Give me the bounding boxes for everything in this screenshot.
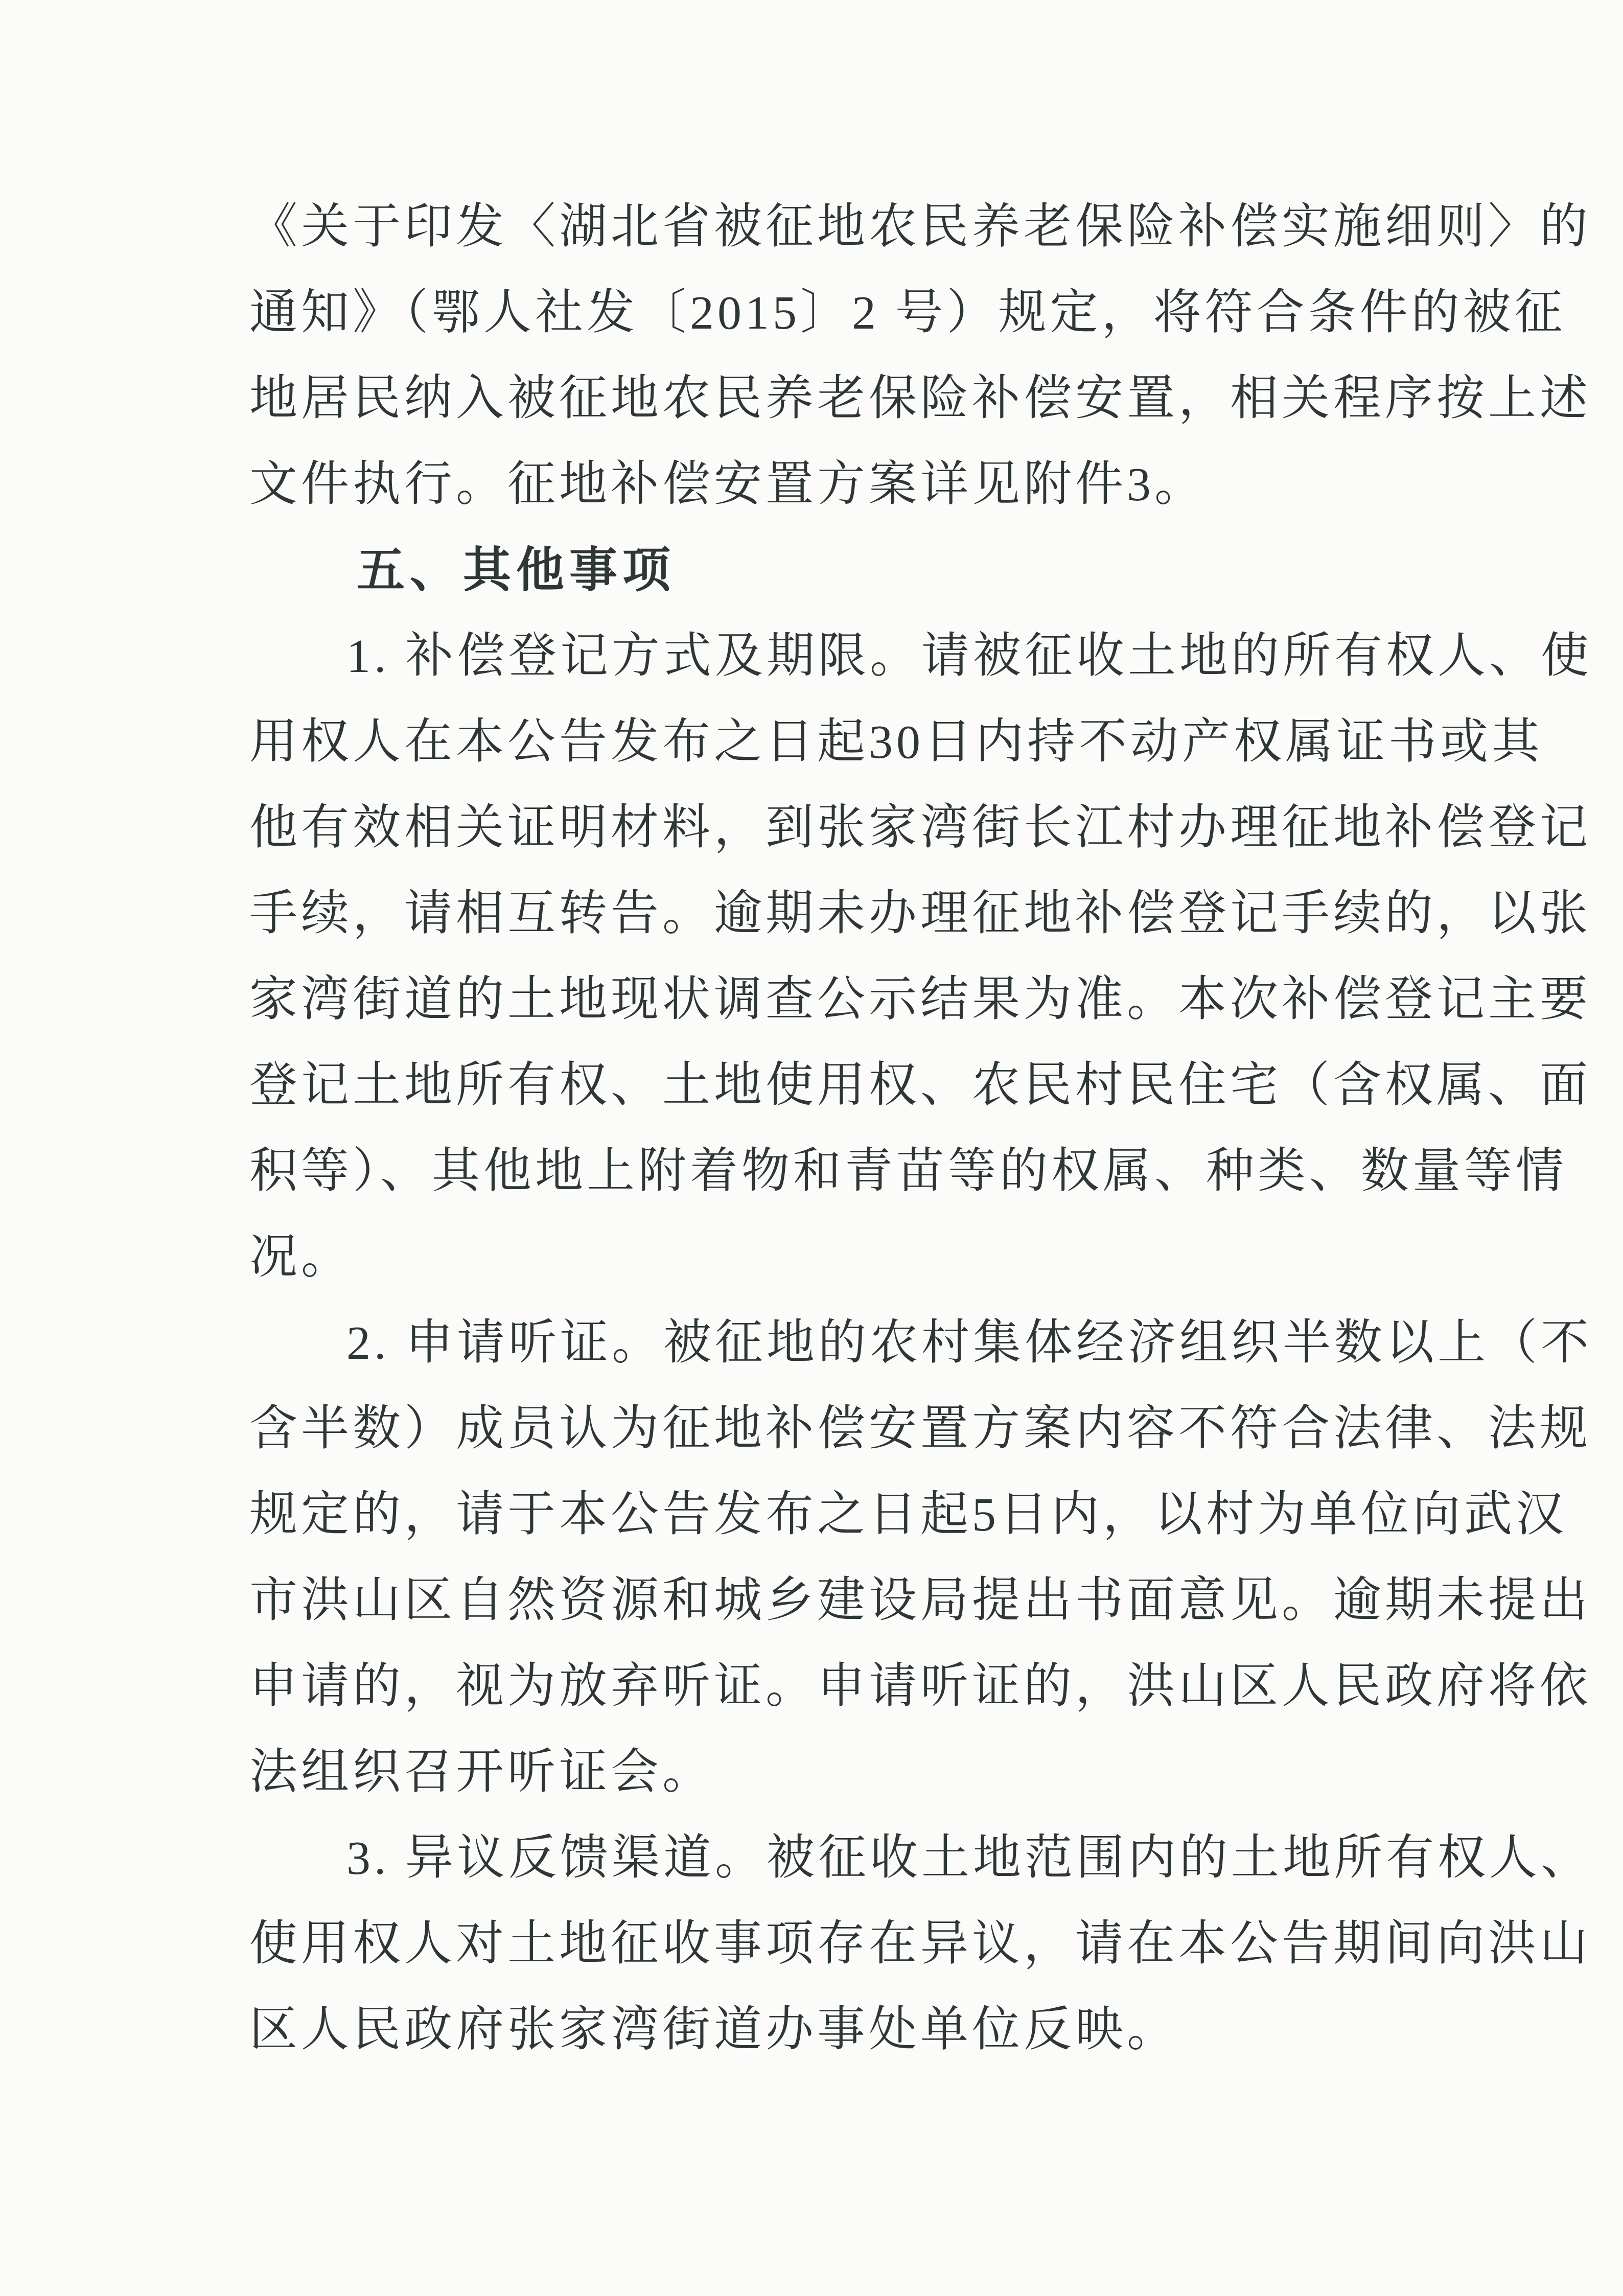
doc-line: 《关于印发〈湖北省被征地农民养老保险补偿实施细则〉的	[249, 184, 1521, 270]
doc-line: 登记土地所有权、土地使用权、农民村民住宅（含权属、面	[249, 1042, 1521, 1128]
doc-line: 他有效相关证明材料，到张家湾街长江村办理征地补偿登记	[249, 785, 1521, 871]
doc-line: 法组织召开听证会。	[249, 1729, 1521, 1815]
doc-line: 市洪山区自然资源和城乡建设局提出书面意见。逾期未提出	[249, 1558, 1521, 1643]
doc-line: 区人民政府张家湾街道办事处单位反映。	[249, 1987, 1521, 2073]
doc-line: 况。	[249, 1214, 1521, 1300]
doc-line-numbered-item-1: 1. 补偿登记方式及期限。请被征收土地的所有权人、使	[249, 613, 1521, 699]
doc-line: 含半数）成员认为征地补偿安置方案内容不符合法律、法规	[249, 1386, 1521, 1472]
doc-line: 规定的，请于本公告发布之日起5日内，以村为单位向武汉	[249, 1472, 1521, 1558]
doc-line-numbered-item-3: 3. 异议反馈渠道。被征收土地范围内的土地所有权人、	[249, 1815, 1521, 1901]
doc-line: 地居民纳入被征地农民养老保险补偿安置，相关程序按上述	[249, 356, 1521, 442]
doc-line-numbered-item-2: 2. 申请听证。被征地的农村集体经济组织半数以上（不	[249, 1300, 1521, 1386]
doc-line: 积等）、其他地上附着物和青苗等的权属、种类、数量等情	[249, 1128, 1521, 1214]
doc-line: 通知》（鄂人社发〔2015〕2 号）规定，将符合条件的被征	[249, 270, 1521, 356]
document-page: 《关于印发〈湖北省被征地农民养老保险补偿实施细则〉的 通知》（鄂人社发〔2015…	[0, 0, 1623, 2296]
doc-line: 申请的，视为放弃听证。申请听证的，洪山区人民政府将依	[249, 1643, 1521, 1729]
doc-line: 用权人在本公告发布之日起30日内持不动产权属证书或其	[249, 699, 1521, 785]
doc-line: 使用权人对土地征收事项存在异议，请在本公告期间向洪山	[249, 1901, 1521, 1987]
doc-line: 文件执行。征地补偿安置方案详见附件3。	[249, 442, 1521, 527]
section-heading: 五、其他事项	[249, 527, 1521, 613]
doc-line: 家湾街道的土地现状调查公示结果为准。本次补偿登记主要	[249, 957, 1521, 1042]
doc-line: 手续，请相互转告。逾期未办理征地补偿登记手续的，以张	[249, 871, 1521, 957]
